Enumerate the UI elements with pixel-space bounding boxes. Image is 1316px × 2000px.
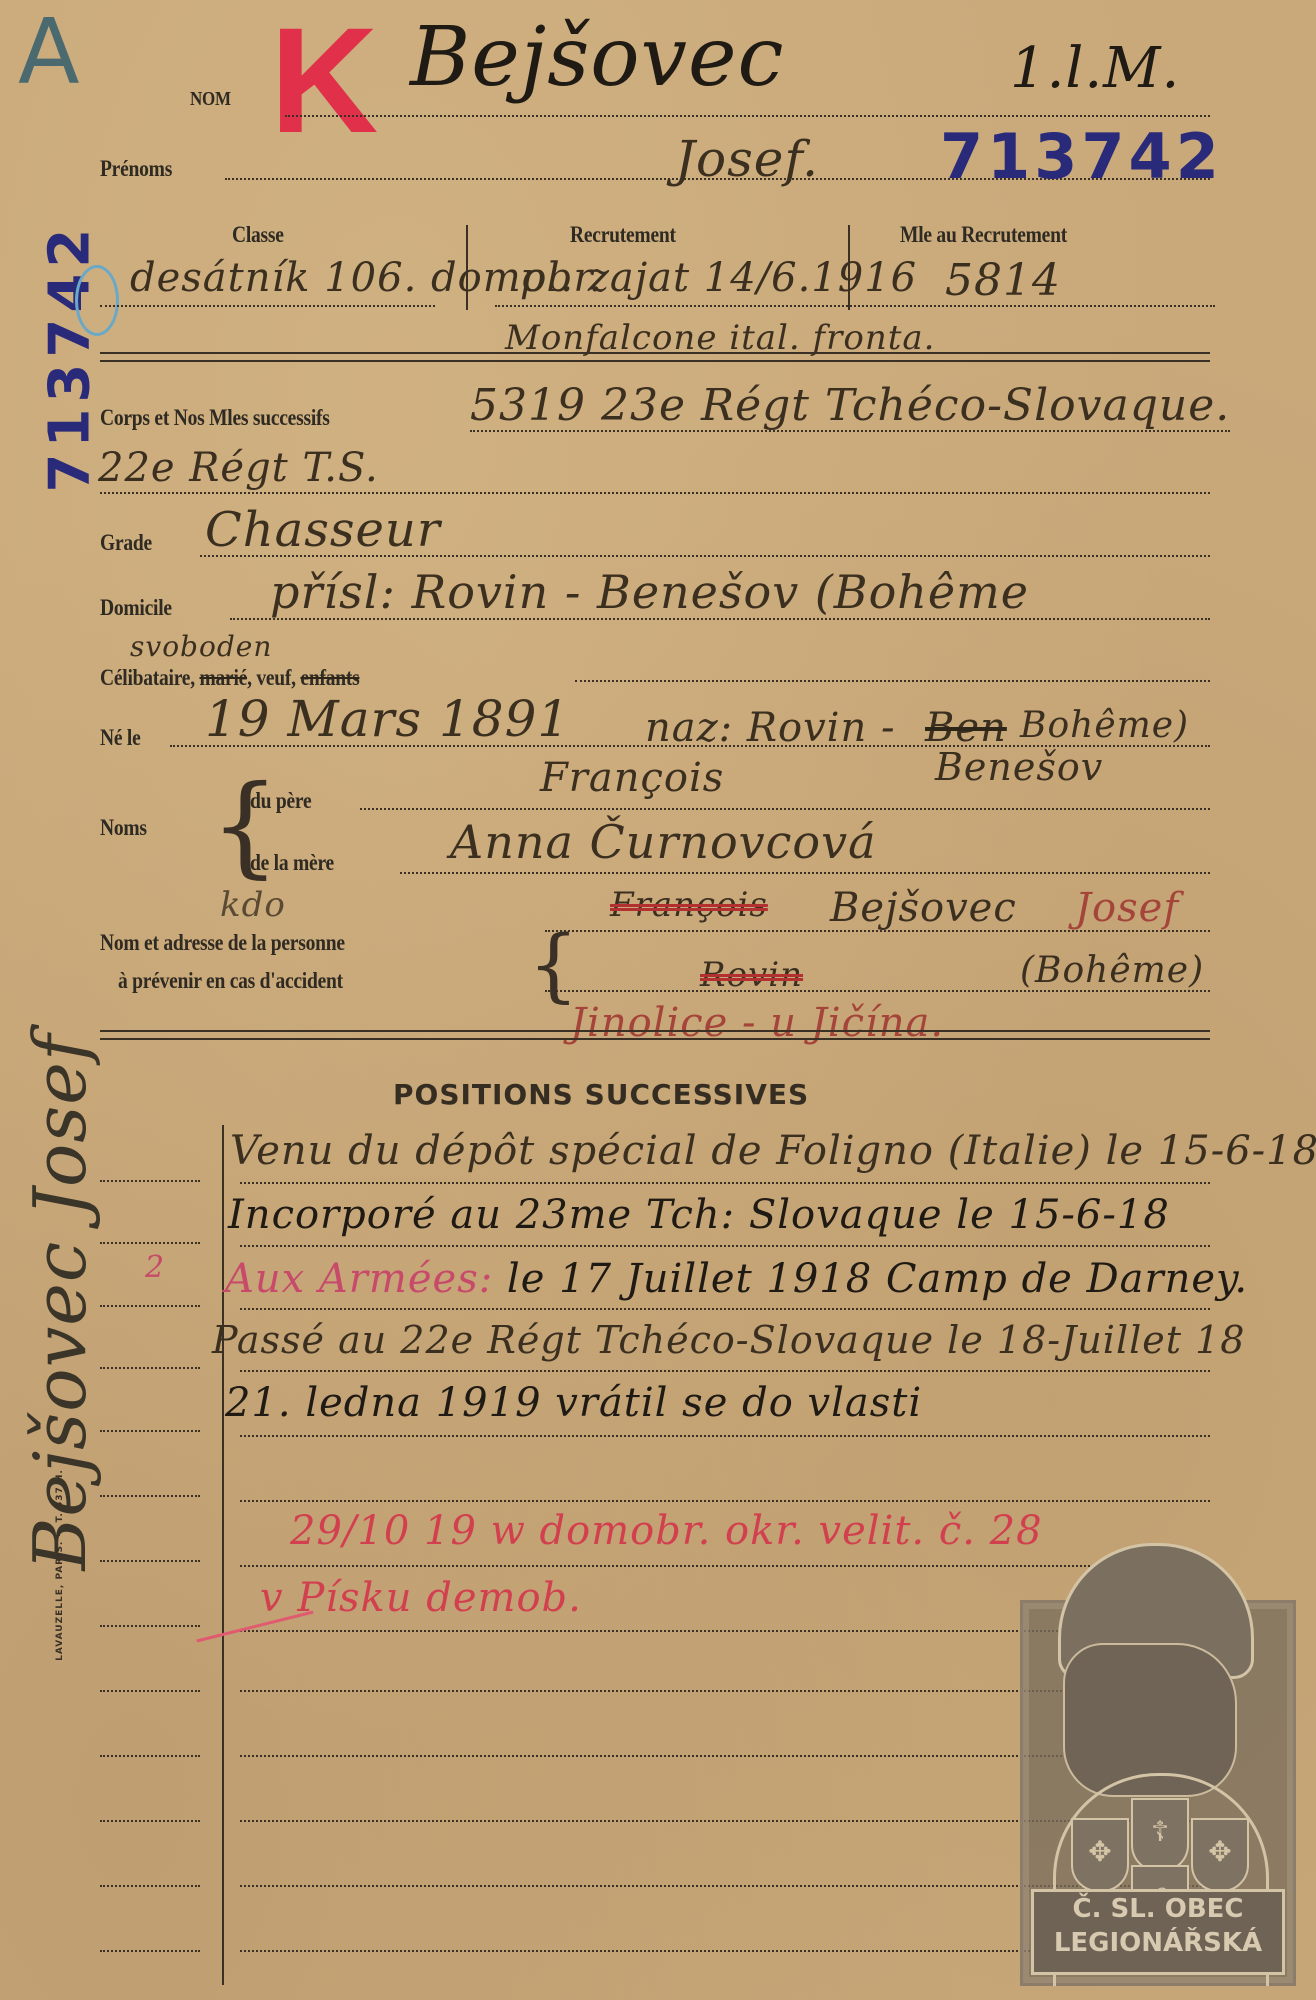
label-de-la-mere: de la mère [250, 850, 334, 876]
position-entry-3-text: le 17 Juillet 1918 Camp de Darney. [493, 1256, 1248, 1302]
contact-brace: { [528, 925, 579, 1005]
positions-title: POSITIONS SUCCESSIVES [393, 1078, 809, 1111]
contact-name: Bejšovec [830, 885, 1017, 931]
label-prenoms: Prénoms [100, 156, 172, 182]
contact-name-red: Josef [1075, 885, 1179, 931]
emblem-caption: Č. SL. OBEC LEGIONÁŘSKÁ [1031, 1889, 1285, 1975]
nom-suffix: 1.l.M. [1010, 36, 1180, 101]
red-k-mark: K [270, 0, 378, 167]
corps-value-line2: 22e Régt T.S. [98, 445, 379, 491]
moravian-eagle-shield-icon: ✥ [1071, 1818, 1129, 1892]
domicile-value: přísl: Rovin - Benešov (Bohême [270, 565, 1029, 619]
silesian-eagle-shield-icon: ✥ [1191, 1818, 1249, 1892]
corps-value: 5319 23e Régt Tchéco-Slovaque. [470, 380, 1230, 431]
position-entry-5: 21. ledna 1919 vrátil se do vlasti [225, 1380, 922, 1426]
blue-circle-mark [75, 265, 119, 336]
margin-red-mark: 2 [145, 1250, 165, 1285]
label-veuf: , veuf, [247, 665, 300, 690]
emblem-line1: Č. SL. OBEC [1034, 1892, 1282, 1926]
label-du-pere: du père [250, 788, 311, 814]
label-grade: Grade [100, 530, 152, 556]
label-classe: Classe [232, 222, 284, 248]
label-etat-civil: Célibataire, marié, veuf, enfants [100, 665, 359, 691]
card-number-stamp: 713742 [940, 120, 1223, 193]
emblem-line2: LEGIONÁŘSKÁ [1034, 1926, 1282, 1960]
pencil-mark-a: A [18, 0, 81, 105]
label-mle-recrutement: Mle au Recrutement [900, 222, 1067, 248]
label-marie-struck: marié [199, 665, 247, 690]
naissance-place-prefix: naz: Rovin - [645, 705, 895, 751]
label-ne-le: Né le [100, 725, 141, 751]
contact-struck-place: Rovin [700, 955, 803, 995]
label-contact-line2: à prévenir en cas d'accident [118, 968, 343, 994]
contact-struck-name: François [610, 885, 768, 925]
naissance-date: 19 Mars 1891 [205, 690, 570, 748]
position-entry-2: Incorporé au 23me Tch: Slovaque le 15-6-… [228, 1192, 1170, 1238]
naissance-region: Bohême) [1020, 705, 1189, 746]
recrutement-value: pl. zajat 14/6.1916 [520, 255, 917, 301]
mle-recrutement-value: 5814 [945, 255, 1061, 306]
legion-emblem-watermark: ☦ ✥ ✥ ♌ Č. SL. OBEC LEGIONÁŘSKÁ [1020, 1600, 1296, 1986]
position-entry-4: Passé au 22e Régt Tchéco-Slovaque le 18-… [212, 1318, 1245, 1362]
label-domicile: Domicile [100, 595, 172, 621]
label-noms: Noms [100, 815, 147, 841]
label-contact-line1: Nom et adresse de la personne [100, 930, 345, 956]
label-recrutement: Recrutement [570, 222, 676, 248]
positions-margin-line [222, 1125, 224, 1985]
position-entry-6: 29/10 19 w domobr. okr. velit. č. 28 [290, 1508, 1043, 1554]
position-entry-3-red: Aux Armées: [225, 1256, 493, 1302]
nom-value: Bejšovec [410, 10, 784, 105]
position-entry-1: Venu du dépôt spécial de Foligno (Italie… [230, 1128, 1316, 1174]
red-sweep-line [196, 1611, 313, 1643]
contact-annotation: kdo [220, 885, 286, 925]
position-entry-3: Aux Armées: le 17 Juillet 1918 Camp de D… [225, 1255, 1248, 1302]
naissance-place-line2: Benešov [935, 745, 1103, 789]
prenoms-value: Josef. [675, 130, 819, 188]
printer-imprint: LAVAUZELLE, PARIS. — T. 537 H. [55, 1445, 65, 1685]
label-corps: Corps et Nos Mles successifs [100, 405, 330, 431]
label-celibataire: Célibataire, [100, 665, 199, 690]
pere-value: François [540, 755, 724, 801]
slovak-cross-shield-icon: ☦ [1131, 1798, 1189, 1872]
contact-region: (Bohême) [1020, 950, 1204, 991]
label-nom: NOM [190, 88, 231, 111]
grade-value: Chasseur [205, 502, 441, 558]
label-enfants-struck: enfants [300, 665, 359, 690]
etat-civil-annotation: svoboden [130, 630, 272, 663]
mere-value: Anna Čurnovcová [450, 815, 877, 869]
